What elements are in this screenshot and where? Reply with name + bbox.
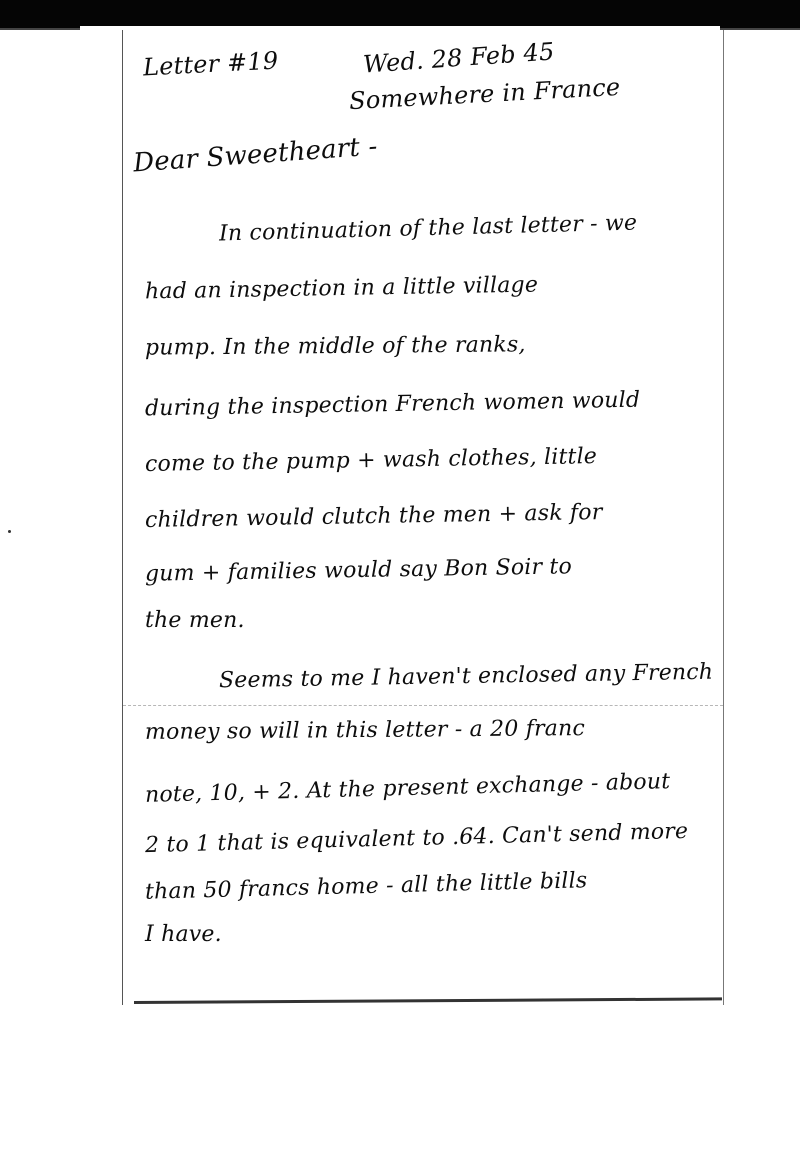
- salutation: Dear Sweetheart -: [132, 133, 378, 176]
- body-line: the men.: [145, 610, 245, 632]
- fold-line: [123, 705, 723, 706]
- body-line: I have.: [145, 924, 222, 946]
- body-line: had an inspection in a little village: [145, 275, 538, 304]
- scan-speck: [8, 530, 11, 533]
- body-line: In continuation of the last letter - we: [219, 213, 638, 246]
- body-line: note, 10, + 2. At the present exchange -…: [145, 771, 671, 807]
- body-line: 2 to 1 that is equivalent to .64. Can't …: [145, 821, 689, 857]
- body-line: come to the pump + wash clothes, little: [145, 446, 597, 476]
- body-line: Seems to me I haven't enclosed any Frenc…: [219, 662, 714, 693]
- letter-number: Letter #19: [142, 48, 278, 79]
- body-line: gum + families would say Bon Soir to: [145, 556, 572, 585]
- letter-page: Letter #19 Wed. 28 Feb 45 Somewhere in F…: [122, 30, 724, 1005]
- body-line: children would clutch the men + ask for: [145, 502, 603, 532]
- body-line: money so will in this letter - a 20 fran…: [145, 718, 585, 744]
- body-line: than 50 francs home - all the little bil…: [145, 870, 588, 904]
- body-line: during the inspection French women would: [145, 390, 641, 421]
- letter-place: Somewhere in France: [349, 75, 621, 113]
- letter-date: Wed. 28 Feb 45: [362, 39, 555, 76]
- body-line: pump. In the middle of the ranks,: [145, 334, 526, 359]
